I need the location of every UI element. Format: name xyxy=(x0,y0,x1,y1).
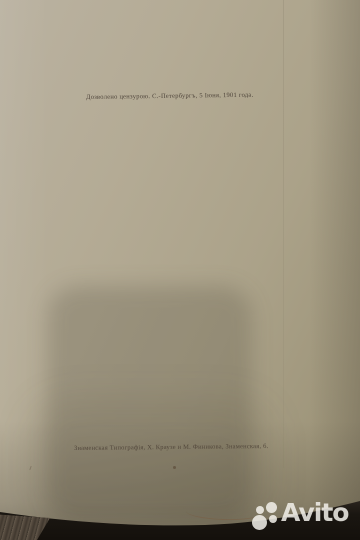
table-surface xyxy=(0,0,360,540)
listing-photo: Дозволено цензурою. С.-Петербургъ, 5 Іюн… xyxy=(0,0,360,540)
avito-logo-icon xyxy=(251,498,281,532)
avito-dot-icon xyxy=(252,515,267,530)
avito-watermark: Avito xyxy=(251,498,348,532)
avito-dot-icon xyxy=(256,506,264,514)
avito-dot-icon xyxy=(269,515,277,523)
avito-dot-icon xyxy=(266,502,277,513)
avito-watermark-text: Avito xyxy=(281,500,348,525)
